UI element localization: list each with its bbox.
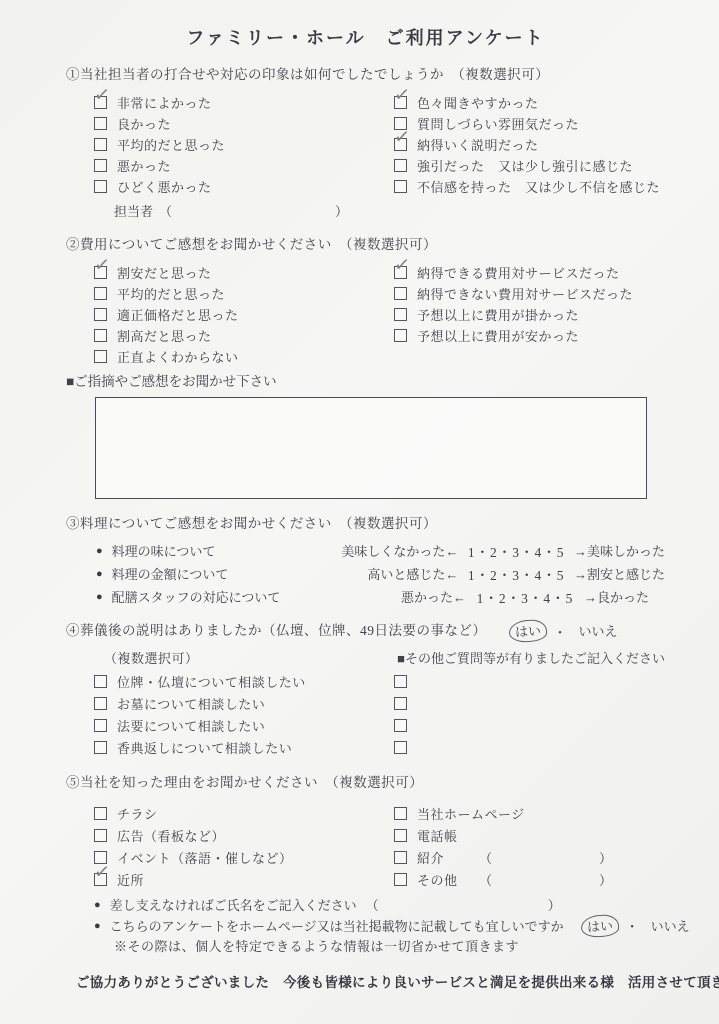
question-4-options: 位牌・仏壇について相談したい お墓について相談したい 法要について相談したい 香… [66,670,665,758]
checkbox[interactable] [394,329,407,342]
rating-scale[interactable]: 1・2・3・4・5 [466,587,584,607]
checkbox[interactable] [94,697,107,710]
publication-consent-line: ● こちらのアンケートをホームページ又は当社掲載物に記載しても宜しいですか はい… [94,915,665,936]
question-2: ②費用についてご感想をお聞かせください （複数選択可） 割安だと思った 平均的だ… [66,236,665,367]
question-1-left-column: 非常によかった 良かった 平均的だと思った 悪かった ひどく悪かった [94,92,394,197]
scale-high-label: →美味しかった [574,541,665,560]
question-2-heading: ②費用についてご感想をお聞かせください （複数選択可） [66,236,665,254]
bullet-icon: ● [94,920,101,932]
staff-name-line: 担当者 （ ） [114,200,665,220]
question-3-heading: ③料理についてご感想をお聞かせください （複数選択可） [66,515,665,533]
no-option[interactable]: いいえ [574,621,623,641]
question-4-left-column: 位牌・仏壇について相談したい お墓について相談したい 法要について相談したい 香… [94,670,394,758]
respondent-name-blank[interactable] [389,898,539,912]
referrer-blank[interactable] [503,850,589,864]
checkbox-option[interactable]: 納得できる費用対サービスだった [394,262,665,283]
checkbox-option[interactable]: 正直よくわからない [94,346,394,367]
option-label: 法要について相談したい [117,716,265,735]
option-label: 予想以上に費用が掛かった [417,305,579,324]
question-5-options: チラシ 広告（看板など） イベント（落語・催しなど） 近所 [66,802,665,890]
page-title: ファミリー・ホール ご利用アンケート [66,26,665,50]
checkbox[interactable] [394,719,407,732]
checkbox[interactable] [394,308,407,321]
checkbox[interactable] [394,873,407,886]
checkbox[interactable] [94,675,107,688]
checkbox-option[interactable] [394,714,665,736]
paren-open: （ [479,848,493,867]
question-1-heading: ①当社担当者の打合せや対応の印象は如何でしたでしょうか （複数選択可） [66,66,665,84]
yes-option[interactable]: はい [580,914,619,938]
checkbox[interactable] [94,287,107,300]
checkbox[interactable] [94,741,107,754]
checkbox[interactable] [94,329,107,342]
option-label: 不信感を持った 又は少し不信を感じた [417,177,660,196]
option-label: 良かった [117,114,171,133]
option-label: イベント（落語・催しなど） [117,848,293,867]
option-label: 強引だった 又は少し強引に感じた [417,156,633,175]
option-label: 非常によかった [117,93,212,112]
question-4-extra-column [394,670,665,758]
topic-label: 料理の金額について [112,564,229,583]
option-label: 平均的だと思った [117,284,225,303]
option-label: 予想以上に費用が安かった [417,326,579,345]
question-1-right-column: 色々聞きやすかった 質問しづらい雰囲気だった 納得いく説明だった 強引だった 又… [394,92,665,197]
option-label: 紹介 [417,848,469,867]
option-label: 広告（看板など） [117,826,225,845]
option-label: 電話帳 [417,826,469,845]
paren-close: ） [599,848,613,867]
option-label: その他 [417,870,469,889]
option-label: 正直よくわからない [117,347,239,366]
rating-row: ● 配膳スタッフの対応について 悪かった← 1・2・3・4・5 →良かった [66,585,665,608]
rating-topic: ● 料理の味について [96,541,329,560]
checkbox[interactable] [94,159,107,172]
question-4-subheadings: （複数選択可） ■その他ご質問等が有りましたご記入ください [66,648,665,666]
rating-topic: ● 配膳スタッフの対応について [96,587,334,606]
checkbox-option[interactable]: その他 （ ） [394,868,665,890]
closing-section: ● 差し支えなければご氏名をご記入ください （ ） ● こちらのアンケートをホー… [66,894,665,955]
checkbox[interactable] [94,266,107,279]
no-option[interactable]: いいえ [646,916,695,936]
checkbox-option[interactable]: 非常によかった [94,92,394,113]
checkbox[interactable] [394,851,407,864]
option-label: お墓について相談したい [117,694,265,713]
question-3: ③料理についてご感想をお聞かせください （複数選択可） ● 料理の味について 美… [66,515,665,608]
checkbox-option[interactable]: 色々聞きやすかった [394,92,665,113]
checkbox-option[interactable]: イベント（落語・催しなど） [94,846,394,868]
checkbox[interactable] [394,180,407,193]
question-2-left-column: 割安だと思った 平均的だと思った 適正価格だと思った 割高だと思った 正直よくわ… [94,262,394,367]
bullet-icon: ● [96,591,103,603]
checkbox-option[interactable]: 法要について相談したい [94,714,394,736]
question-1-options: 非常によかった 良かった 平均的だと思った 悪かった ひどく悪かった [66,92,665,197]
comments-heading: ■ご指摘やご感想をお聞かせ下さい [66,373,665,391]
thank-you-footer: ご協力ありがとうございました 今後も皆様により良いサービスと満足を提供出来る様 … [76,971,665,991]
separator-dot: ・ [554,622,567,641]
checkbox-option[interactable]: 平均的だと思った [94,134,394,155]
yes-no-choice: はい ・ いいえ [509,620,623,642]
checkbox-option[interactable]: 近所 [94,868,394,890]
question-4: ④葬儀後の説明はありましたか（仏壇、位牌、49日法要の事など） はい ・ いいえ… [66,620,665,758]
bullet-icon: ● [94,899,101,911]
paren-open: （ [366,895,380,914]
checkbox-option[interactable]: 割安だと思った [94,262,394,283]
checkbox[interactable] [94,873,107,886]
other-questions-heading: ■その他ご質問等が有りましたご記入ください [397,648,665,666]
checkbox-option[interactable]: 香典返しについて相談したい [94,736,394,758]
yes-option[interactable]: はい [508,619,547,643]
checkbox[interactable] [94,829,107,842]
checkbox[interactable] [394,159,407,172]
staff-label: 担当者 [114,201,153,220]
other-source-blank[interactable] [503,872,589,886]
checkbox[interactable] [94,180,107,193]
rating-topic: ● 料理の金額について [96,564,329,583]
survey-form-page: ファミリー・ホール ご利用アンケート ①当社担当者の打合せや対応の印象は如何でし… [0,0,719,1024]
question-4-heading: ④葬儀後の説明はありましたか（仏壇、位牌、49日法要の事など） [66,622,487,640]
staff-name-blank[interactable] [179,203,329,217]
question-3-rows: ● 料理の味について 美味しくなかった← 1・2・3・4・5 →美味しかった ●… [66,539,665,608]
question-5-heading: ⑤当社を知った理由をお聞かせください （複数選択可） [66,774,665,792]
checkbox-option[interactable]: 割高だと思った [94,325,394,346]
checkbox-option[interactable]: 納得いく説明だった [394,134,665,155]
option-label: 悪かった [117,156,171,175]
option-label: 納得できない費用対サービスだった [417,284,633,303]
checkbox[interactable] [394,675,407,688]
checkbox-option[interactable]: 悪かった [94,155,394,176]
question-5: ⑤当社を知った理由をお聞かせください （複数選択可） チラシ 広告（看板など） … [66,774,665,890]
scale-low-label: 美味しくなかった← [329,541,458,560]
option-label: 色々聞きやすかった [417,93,539,112]
checkbox[interactable] [394,697,407,710]
option-label: チラシ [117,804,158,823]
checkbox[interactable] [94,308,107,321]
scale-high-label: →割安と感じた [574,564,665,583]
checkbox-option[interactable] [394,692,665,714]
checkbox-option[interactable]: 紹介 （ ） [394,846,665,868]
checkbox[interactable] [94,96,107,109]
rating-row: ● 料理の金額について 高いと感じた← 1・2・3・4・5 →割安と感じた [66,562,665,585]
consent-label: こちらのアンケートをホームページ又は当社掲載物に記載しても宜しいですか [110,916,564,935]
option-label: 質問しづらい雰囲気だった [417,114,579,133]
checkbox[interactable] [94,350,107,363]
option-label: 納得いく説明だった [417,135,539,154]
checkbox-option[interactable]: 予想以上に費用が掛かった [394,304,665,325]
comments-section: ■ご指摘やご感想をお聞かせ下さい [66,373,665,499]
option-label: 適正価格だと思った [117,305,239,324]
checkbox-option[interactable] [394,670,665,692]
checkbox-option[interactable]: 位牌・仏壇について相談したい [94,670,394,692]
checkbox[interactable] [394,96,407,109]
scale-low-label: 高いと感じた← [329,564,458,583]
question-5-left-column: チラシ 広告（看板など） イベント（落語・催しなど） 近所 [94,802,394,890]
checkbox-option[interactable]: 適正価格だと思った [94,304,394,325]
rating-scale[interactable]: 1・2・3・4・5 [458,564,574,584]
privacy-note: ※その際は、個人を特定できるような情報は一切省かせて頂きます [114,936,665,955]
checkbox-option[interactable]: 質問しづらい雰囲気だった [394,113,665,134]
respondent-name-line: ● 差し支えなければご氏名をご記入ください （ ） [94,894,665,915]
checkbox[interactable] [94,719,107,732]
paren-close: ） [548,895,562,914]
checkbox[interactable] [94,807,107,820]
checkbox-option[interactable]: チラシ [94,802,394,824]
bullet-icon: ● [96,545,103,557]
checkbox[interactable] [394,829,407,842]
separator-dot: ・ [626,916,639,935]
yes-no-choice: はい ・ いいえ [581,915,695,937]
option-label: 近所 [117,870,144,889]
checkbox-option[interactable]: 不信感を持った 又は少し不信を感じた [394,176,665,197]
question-2-right-column: 納得できる費用対サービスだった 納得できない費用対サービスだった 予想以上に費用… [394,262,665,367]
option-label: 平均的だと思った [117,135,225,154]
question-4-heading-row: ④葬儀後の説明はありましたか（仏壇、位牌、49日法要の事など） はい ・ いいえ [66,620,665,642]
multi-select-note: （複数選択可） [104,648,397,666]
question-5-right-column: 当社ホームページ 電話帳 紹介 （ ） その他 （ [394,802,665,890]
option-label: 割高だと思った [117,326,212,345]
paren-close: ） [599,870,613,889]
rating-scale[interactable]: 1・2・3・4・5 [458,541,574,561]
topic-label: 配膳スタッフの対応について [112,587,281,606]
option-label: 割安だと思った [117,263,212,282]
question-2-options: 割安だと思った 平均的だと思った 適正価格だと思った 割高だと思った 正直よくわ… [66,262,665,367]
checkbox-option[interactable]: 当社ホームページ [394,802,665,824]
checkbox[interactable] [394,138,407,151]
option-label: ひどく悪かった [117,177,212,196]
checkbox-option[interactable]: 平均的だと思った [94,283,394,304]
paren-close: ） [335,201,349,220]
checkbox[interactable] [394,266,407,279]
checkbox-option[interactable]: 強引だった 又は少し強引に感じた [394,155,665,176]
option-label: 当社ホームページ [417,804,525,823]
paren-open: （ [479,870,493,889]
checkbox[interactable] [94,117,107,130]
name-request-label: 差し支えなければご氏名をご記入ください [110,895,357,914]
checkbox-option[interactable]: 納得できない費用対サービスだった [394,283,665,304]
option-label: 香典返しについて相談したい [117,738,292,757]
scale-high-label: →良かった [584,587,649,606]
rating-row: ● 料理の味について 美味しくなかった← 1・2・3・4・5 →美味しかった [66,539,665,562]
checkbox[interactable] [394,807,407,820]
checkbox-option[interactable]: 広告（看板など） [94,824,394,846]
checkbox[interactable] [394,741,407,754]
bullet-icon: ● [96,568,103,580]
checkbox-option[interactable]: 電話帳 [394,824,665,846]
option-label: 納得できる費用対サービスだった [417,263,620,282]
comments-input-box[interactable] [95,397,647,499]
checkbox[interactable] [394,287,407,300]
option-label: 位牌・仏壇について相談したい [117,672,306,691]
checkbox-option[interactable]: 良かった [94,113,394,134]
paren-open: （ [159,201,173,220]
scale-low-label: 悪かった← [334,587,466,606]
checkbox[interactable] [94,138,107,151]
topic-label: 料理の味について [112,541,216,560]
checkbox-option[interactable]: 予想以上に費用が安かった [394,325,665,346]
checkbox-option[interactable]: お墓について相談したい [94,692,394,714]
checkbox-option[interactable] [394,736,665,758]
question-1: ①当社担当者の打合せや対応の印象は如何でしたでしょうか （複数選択可） 非常によ… [66,66,665,220]
checkbox-option[interactable]: ひどく悪かった [94,176,394,197]
